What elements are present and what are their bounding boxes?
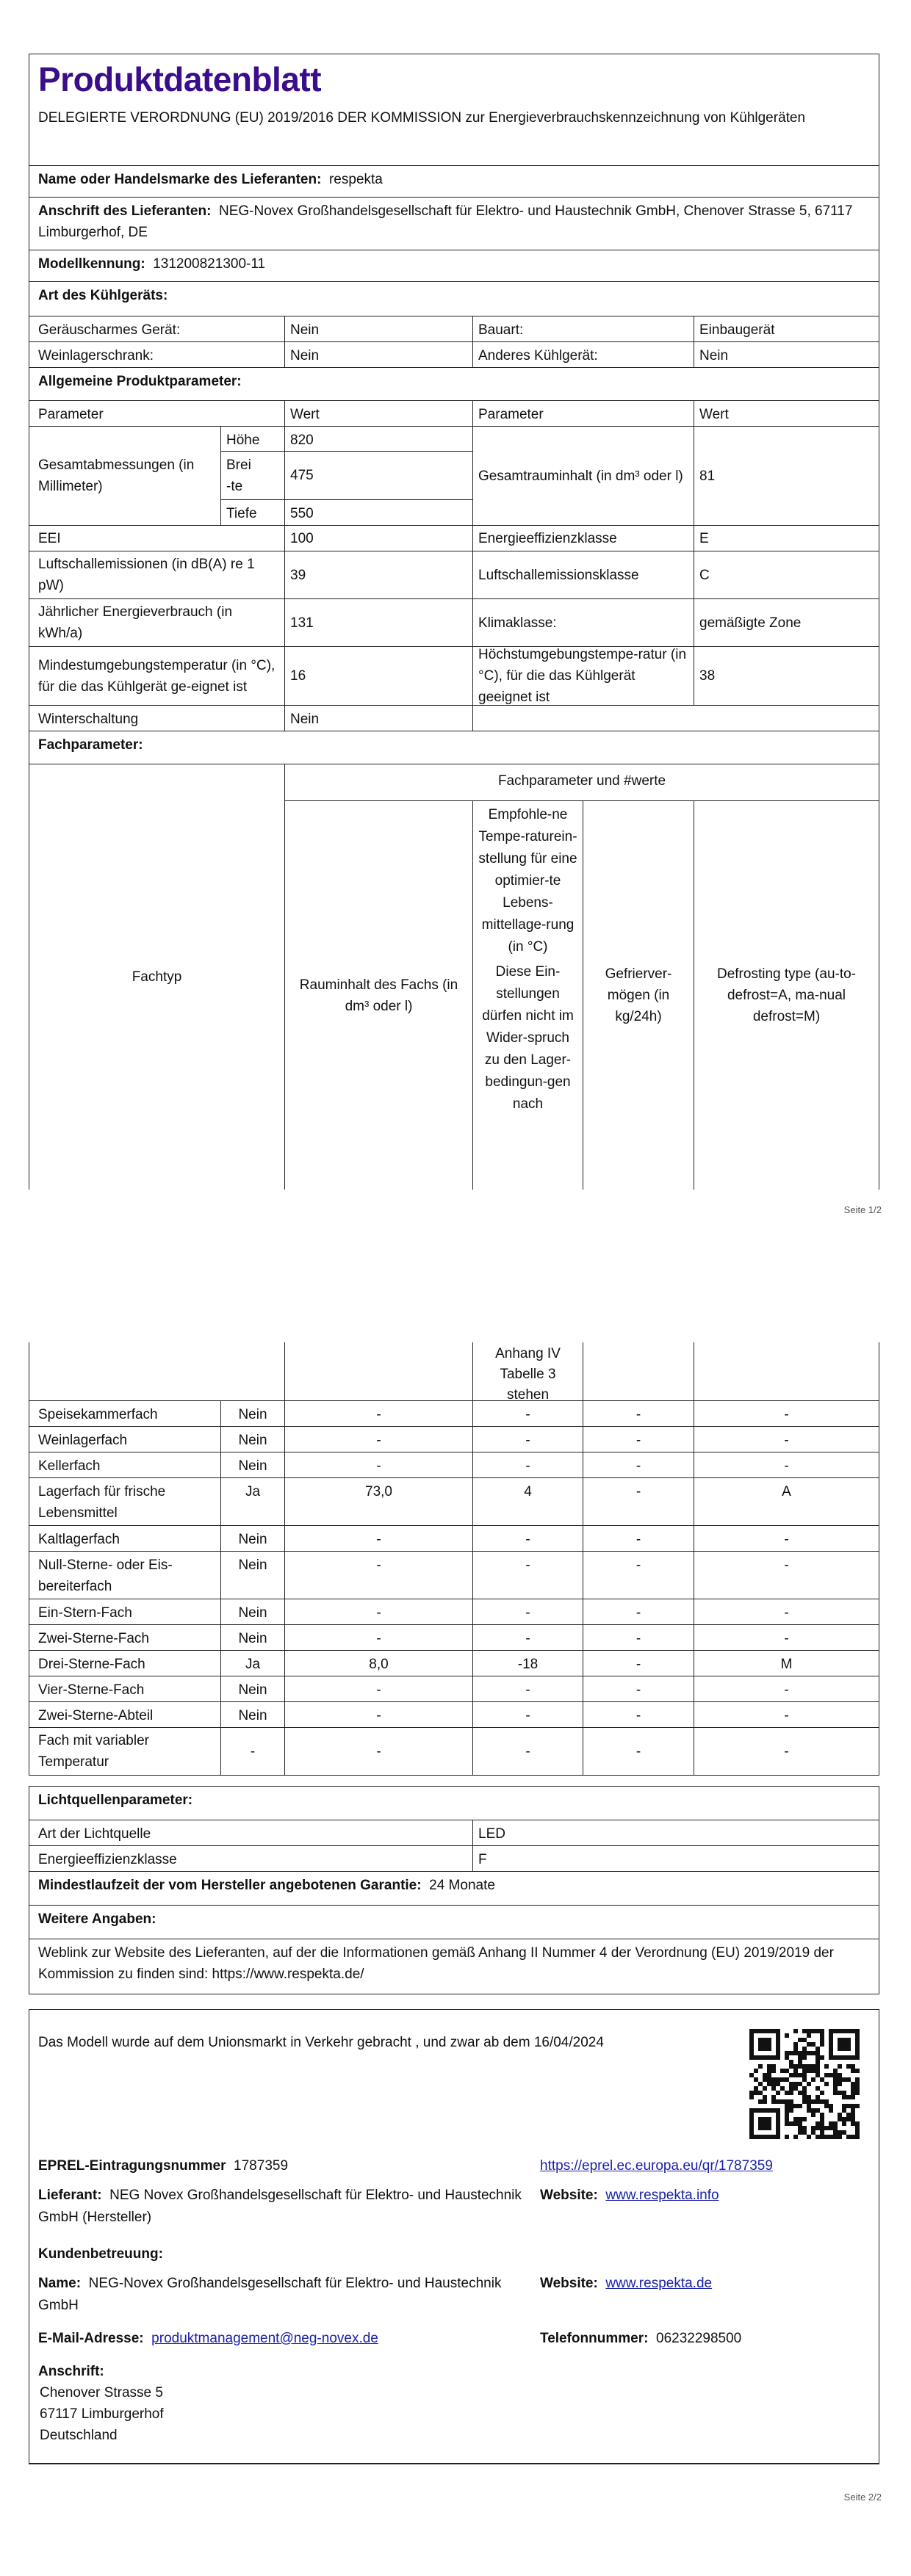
service-address-line-1: Chenover Strasse 5 (40, 2382, 163, 2403)
compartment-freeze: - (583, 1551, 694, 1599)
general-row-label-text: EEI (38, 528, 61, 549)
compartment-volume-text: - (376, 1433, 381, 1448)
model-label: Modellkennung: (38, 256, 145, 272)
compartment-volume: - (284, 1727, 473, 1776)
compartment-col-freeze-text: Gefrierver-mögen (in kg/24h) (588, 963, 688, 1027)
further-info-heading: Weitere Angaben: (29, 1905, 879, 1939)
compartment-temp-text: - (525, 1458, 530, 1474)
general-row-value: 39 (284, 551, 473, 599)
compartment-col-defrost-text: Defrosting type (au-to-defrost=A, ma-nua… (699, 963, 874, 1027)
compartment-present-text: Nein (238, 1532, 267, 1547)
compartment-present-text: Nein (238, 1458, 267, 1474)
compartment-temp-text: - (525, 1407, 530, 1422)
compartment-temp-text: - (525, 1557, 530, 1573)
compartment-defrost-text: - (784, 1458, 788, 1474)
compartment-freeze: - (583, 1676, 694, 1702)
dimension-width-label-text: Brei-te (226, 455, 256, 497)
appliance-design-label: Bauart: (472, 316, 694, 342)
appliance-low-noise-value: Nein (284, 316, 473, 342)
compartment-type: Weinlagerfach (29, 1426, 221, 1452)
compartment-volume-text: 8,0 (369, 1657, 388, 1672)
compartment-freeze-text: - (636, 1605, 641, 1621)
compartment-volume-text: - (376, 1407, 381, 1422)
page-number-2: Seite 2/2 (830, 2492, 882, 2503)
compartment-temp: - (472, 1624, 583, 1651)
compartment-volume: 73,0 (284, 1477, 473, 1526)
compartment-defrost: - (694, 1727, 879, 1776)
compartment-present-text: Ja (245, 1657, 260, 1672)
appliance-low-noise-label: Geräuscharmes Gerät: (29, 316, 285, 342)
compartment-temp: 4 (472, 1477, 583, 1526)
general-row-label-2: Klimaklasse: (472, 598, 694, 647)
compartment-freeze: - (583, 1727, 694, 1776)
warranty-label: Mindestlaufzeit der vom Hersteller angeb… (38, 1878, 422, 1893)
total-volume-label: Gesamtrauminhalt (in dm³ oder l) (472, 426, 694, 526)
compartment-type: Null-Sterne- oder Eis-bereiterfach (29, 1551, 221, 1599)
compartment-present: Nein (220, 1701, 285, 1728)
supplier-name-label: Name oder Handelsmarke des Lieferanten: (38, 172, 321, 187)
eprel-website-2-link[interactable]: www.respekta.de (605, 2276, 712, 2291)
page-title: Produktdatenblatt (38, 57, 870, 101)
eprel-website-1: Website: www.respekta.info (540, 2185, 719, 2207)
eprel-supplier-label: Lieferant: (38, 2188, 102, 2203)
general-params-heading: Allgemeine Produktparameter: (29, 367, 879, 401)
compartment-freeze-text: - (636, 1682, 641, 1698)
service-name: Name: NEG-Novex Großhandelsgesellschaft … (38, 2273, 538, 2317)
compartment-present: Ja (220, 1477, 285, 1526)
compartment-defrost: - (694, 1701, 879, 1728)
further-info-text: Weblink zur Website des Lieferanten, auf… (29, 1939, 879, 1994)
eprel-link[interactable]: https://eprel.ec.europa.eu/qr/1787359 (540, 2155, 773, 2177)
winter-label: Winterschaltung (29, 705, 285, 731)
general-row-value: 131 (284, 598, 473, 647)
general-row-label: Luftschallemissionen (in dB(A) re 1 pW) (29, 551, 285, 599)
compartment-type-text: Zwei-Sterne-Abteil (38, 1708, 153, 1723)
compartment-type: Kellerfach (29, 1452, 221, 1478)
compartment-type: Lagerfach für frische Lebensmittel (29, 1477, 221, 1526)
dimension-depth-value: 550 (284, 499, 473, 526)
compartment-present-text: Nein (238, 1557, 267, 1573)
compartment-volume: - (284, 1400, 473, 1427)
compartment-type-text: Ein-Stern-Fach (38, 1605, 132, 1621)
compartment-freeze: - (583, 1477, 694, 1526)
compartment-volume: 8,0 (284, 1650, 473, 1676)
warranty-row: Mindestlaufzeit der vom Hersteller angeb… (29, 1871, 879, 1906)
compartment-defrost-text: - (784, 1741, 788, 1762)
compartment-temp: - (472, 1701, 583, 1728)
compartment-col-volume-text: Rauminhalt des Fachs (in dm³ oder l) (290, 974, 467, 1017)
compartment-volume: - (284, 1701, 473, 1728)
compartment-type: Ein-Stern-Fach (29, 1599, 221, 1625)
compartment-volume-text: 73,0 (365, 1484, 392, 1499)
compartment-freeze: - (583, 1650, 694, 1676)
compartment-type-text: Speisekammerfach (38, 1407, 158, 1422)
compartment-present: Nein (220, 1525, 285, 1552)
compartment-type-text: Kaltlagerfach (38, 1532, 120, 1547)
eprel-registration: EPREL-Eintragungsnummer 1787359 (38, 2155, 288, 2177)
compartment-present: Nein (220, 1426, 285, 1452)
compartment-volume-text: - (376, 1708, 381, 1723)
compartment-temp-text: 4 (524, 1484, 532, 1499)
compartment-temp: - (472, 1452, 583, 1478)
general-row-value-text: 39 (290, 565, 306, 586)
general-row-value-text: 16 (290, 665, 306, 687)
dimension-depth-label: Tiefe (220, 499, 285, 526)
compartment-defrost: M (694, 1650, 879, 1676)
general-row-value-2-text: C (699, 565, 710, 586)
compartment-volume-text: - (376, 1605, 381, 1621)
winter-empty (472, 705, 879, 731)
dimension-height-value: 820 (284, 426, 473, 452)
compartment-present-text: Nein (238, 1407, 267, 1422)
page-1: Produktdatenblatt DELEGIERTE VERORDNUNG … (0, 0, 911, 1288)
compartment-present: Nein (220, 1624, 285, 1651)
general-col-param-1: Parameter (29, 400, 285, 427)
compartment-type-text: Kellerfach (38, 1458, 101, 1474)
light-class-label: Energieeffizienzklasse (29, 1845, 473, 1872)
compartment-temp: - (472, 1426, 583, 1452)
model-row: Modellkennung: 131200821300-11 (29, 250, 879, 282)
total-volume-value-text: 81 (699, 466, 715, 487)
compartment-volume: - (284, 1551, 473, 1599)
compartment-volume-text: - (376, 1741, 381, 1762)
general-row-value-2-text: 38 (699, 665, 715, 687)
service-email-link[interactable]: produktmanagement@neg-novex.de (151, 2331, 378, 2346)
compartment-temp: - (472, 1727, 583, 1776)
eprel-website-1-label: Website: (540, 2188, 598, 2203)
service-address-heading: Anschrift: (38, 2361, 104, 2383)
compartment-freeze-text: - (636, 1708, 641, 1723)
general-row-value-2: C (694, 551, 879, 599)
model-value: 131200821300-11 (153, 256, 265, 272)
compartment-freeze-text: - (636, 1407, 641, 1422)
compartment-defrost-text: - (784, 1407, 788, 1422)
compartment-defrost: - (694, 1676, 879, 1702)
compartment-freeze-text: - (636, 1433, 641, 1448)
compartment-volume-text: - (376, 1532, 381, 1547)
compartment-freeze-text: - (636, 1458, 641, 1474)
compartment-temp: - (472, 1551, 583, 1599)
compartment-defrost-text: - (784, 1557, 788, 1573)
compartment-type: Zwei-Sterne-Abteil (29, 1701, 221, 1728)
compartment-temp: - (472, 1525, 583, 1552)
compartment-freeze: - (583, 1525, 694, 1552)
compartment-cont-temp: Anhang IV Tabelle 3 stehen (472, 1342, 583, 1401)
supplier-name-row: Name oder Handelsmarke des Lieferanten: … (29, 165, 879, 198)
general-row-label-2: Höchstumgebungstempe-ratur (in °C), für … (472, 646, 694, 706)
light-type-value: LED (472, 1820, 879, 1846)
light-class-value: F (472, 1845, 879, 1872)
service-phone-value: 06232298500 (656, 2331, 741, 2346)
general-col-value-2: Wert (694, 400, 879, 427)
market-date-text: Das Modell wurde auf dem Unionsmarkt in … (38, 2032, 736, 2054)
compartment-freeze: - (583, 1400, 694, 1427)
warranty-value: 24 Monate (429, 1878, 495, 1893)
compartment-defrost: - (694, 1426, 879, 1452)
compartment-freeze-text: - (636, 1631, 641, 1646)
page-number-1: Seite 1/2 (830, 1204, 882, 1215)
compartment-freeze: - (583, 1452, 694, 1478)
light-heading: Lichtquellenparameter: (29, 1786, 879, 1820)
compartment-temp-text: - (525, 1631, 530, 1646)
compartment-col-type: Fachtyp (29, 764, 285, 1190)
compartment-freeze-text: - (636, 1532, 641, 1547)
dimension-width-value-text: 475 (290, 465, 314, 486)
compartment-freeze: - (583, 1426, 694, 1452)
compartment-type: Zwei-Sterne-Fach (29, 1624, 221, 1651)
general-col-value-1: Wert (284, 400, 473, 427)
compartment-present-text: - (251, 1741, 255, 1762)
compartment-type-text: Lagerfach für frische Lebensmittel (38, 1484, 165, 1521)
service-phone: Telefonnummer: 06232298500 (540, 2328, 741, 2350)
compartment-freeze: - (583, 1701, 694, 1728)
compartment-cont-type (29, 1342, 221, 1401)
dimensions-label-text: Gesamtabmessungen (in Millimeter) (38, 455, 215, 497)
compartment-freeze-text: - (636, 1657, 641, 1672)
compartment-defrost: - (694, 1551, 879, 1599)
compartment-defrost-text: - (784, 1433, 788, 1448)
compartment-volume-text: - (376, 1682, 381, 1698)
service-name-label: Name: (38, 2276, 81, 2291)
appliance-wine-label: Weinlagerschrank: (29, 341, 285, 368)
compartment-defrost-text: - (784, 1631, 788, 1646)
compartment-volume: - (284, 1426, 473, 1452)
general-row-value-2: gemäßigte Zone (694, 598, 879, 647)
supplier-address-label: Anschrift des Lieferanten: (38, 203, 211, 219)
general-row-value-text: 131 (290, 612, 314, 634)
supplier-name-value: respekta (329, 172, 383, 187)
general-row-label: EEI (29, 525, 285, 551)
winter-value: Nein (284, 705, 473, 731)
dimensions-label: Gesamtabmessungen (in Millimeter) (29, 426, 221, 526)
compartment-col-volume: Rauminhalt des Fachs (in dm³ oder l) (284, 800, 473, 1190)
compartment-present: Nein (220, 1400, 285, 1427)
eprel-reg-label: EPREL-Eintragungsnummer (38, 2158, 226, 2174)
eprel-website-2: Website: www.respekta.de (540, 2273, 712, 2295)
compartment-present-text: Nein (238, 1708, 267, 1723)
general-row-value: 100 (284, 525, 473, 551)
compartment-params-heading: Fachparameter: (29, 731, 879, 764)
eprel-reg-value: 1787359 (234, 2158, 288, 2174)
compartment-col-defrost: Defrosting type (au-to-defrost=A, ma-nua… (694, 800, 879, 1190)
compartment-defrost: - (694, 1525, 879, 1552)
compartment-defrost: - (694, 1400, 879, 1427)
total-volume-value: 81 (694, 426, 879, 526)
compartment-freeze-text: - (636, 1741, 641, 1762)
general-row-value-2-text: gemäßigte Zone (699, 612, 801, 634)
compartment-present-text: Nein (238, 1631, 267, 1646)
compartment-temp-text: - (525, 1682, 530, 1698)
compartment-defrost-text: M (781, 1657, 793, 1672)
total-volume-label-text: Gesamtrauminhalt (in dm³ oder l) (478, 466, 683, 487)
compartment-type: Fach mit variabler Temperatur (29, 1727, 221, 1776)
eprel-website-1-link[interactable]: www.respekta.info (605, 2188, 719, 2203)
general-col-param-2: Parameter (472, 400, 694, 427)
compartment-present-text: Ja (245, 1484, 260, 1499)
compartment-present: Nein (220, 1599, 285, 1625)
compartment-cont-freeze (583, 1342, 694, 1401)
compartment-group-header: Fachparameter und #werte (284, 764, 879, 801)
compartment-type-text: Fach mit variabler Temperatur (38, 1730, 215, 1773)
compartment-defrost: - (694, 1599, 879, 1625)
general-row-label-2: Luftschallemissionsklasse (472, 551, 694, 599)
general-row-label-text: Jährlicher Energieverbrauch (in kWh/a) (38, 601, 279, 644)
compartment-freeze: - (583, 1624, 694, 1651)
compartment-volume: - (284, 1624, 473, 1651)
compartment-defrost: - (694, 1452, 879, 1478)
compartment-volume-text: - (376, 1557, 381, 1573)
compartment-type-text: Null-Sterne- oder Eis-bereiterfach (38, 1557, 173, 1594)
customer-service-heading: Kundenbetreuung: (38, 2243, 163, 2265)
compartment-type: Drei-Sterne-Fach (29, 1650, 221, 1676)
compartment-present: Nein (220, 1452, 285, 1478)
compartment-volume: - (284, 1676, 473, 1702)
compartment-defrost: A (694, 1477, 879, 1526)
appliance-wine-value: Nein (284, 341, 473, 368)
compartment-type-text: Weinlagerfach (38, 1433, 127, 1448)
dimension-width-value: 475 (284, 451, 473, 500)
compartment-cont-defrost (694, 1342, 879, 1401)
general-row-label-2-text: Höchstumgebungstempe-ratur (in °C), für … (478, 646, 688, 706)
compartment-temp: -18 (472, 1650, 583, 1676)
dimension-width-label: Brei-te (220, 451, 285, 500)
compartment-volume-text: - (376, 1458, 381, 1474)
compartment-temp-text: - (525, 1741, 530, 1762)
compartment-type: Speisekammerfach (29, 1400, 221, 1427)
compartment-col-temp-part2: Diese Ein-stellungen dürfen nicht im Wid… (478, 961, 578, 1115)
service-address-line-2: 67117 Limburgerhof (40, 2403, 164, 2425)
general-row-label: Jährlicher Energieverbrauch (in kWh/a) (29, 598, 285, 647)
service-phone-label: Telefonnummer: (540, 2331, 648, 2346)
compartment-col-temp-part1: Empfohle-ne Tempe-raturein-stellung für … (478, 804, 578, 958)
compartment-present-text: Nein (238, 1682, 267, 1698)
compartment-defrost: - (694, 1624, 879, 1651)
dimension-height-label: Höhe (220, 426, 285, 452)
compartment-present: Nein (220, 1676, 285, 1702)
compartment-type-text: Drei-Sterne-Fach (38, 1657, 145, 1672)
compartment-freeze-text: - (636, 1484, 641, 1499)
compartment-col-temp: Empfohle-ne Tempe-raturein-stellung für … (472, 800, 583, 1190)
general-row-label-text: Luftschallemissionen (in dB(A) re 1 pW) (38, 554, 279, 596)
general-row-label: Mindestumgebungstemperatur (in °C), für … (29, 646, 285, 706)
compartment-type-text: Zwei-Sterne-Fach (38, 1631, 149, 1646)
compartment-temp: - (472, 1400, 583, 1427)
compartment-type-text: Vier-Sterne-Fach (38, 1682, 144, 1698)
compartment-present: - (220, 1727, 285, 1776)
compartment-type: Vier-Sterne-Fach (29, 1676, 221, 1702)
general-row-label-text: Mindestumgebungstemperatur (in °C), für … (38, 655, 279, 698)
service-email-label: E-Mail-Adresse: (38, 2331, 144, 2346)
general-row-label-2-text: Energieeffizienzklasse (478, 528, 617, 549)
general-row-value: 16 (284, 646, 473, 706)
compartment-cont-present (220, 1342, 285, 1401)
general-row-value-2: E (694, 525, 879, 551)
compartment-col-freeze: Gefrierver-mögen (in kg/24h) (583, 800, 694, 1190)
service-address-line-3: Deutschland (40, 2425, 118, 2446)
eprel-supplier: Lieferant: NEG Novex Großhandelsgesellsc… (38, 2185, 538, 2229)
general-row-label-2-text: Klimaklasse: (478, 612, 557, 634)
appliance-design-value: Einbaugerät (694, 316, 879, 342)
qr-code-icon (749, 2029, 860, 2139)
supplier-address-row: Anschrift des Lieferanten: NEG-Novex Gro… (29, 197, 879, 250)
general-row-value-2: 38 (694, 646, 879, 706)
title-block: Produktdatenblatt DELEGIERTE VERORDNUNG … (29, 54, 879, 166)
compartment-type: Kaltlagerfach (29, 1525, 221, 1552)
compartment-present: Nein (220, 1551, 285, 1599)
compartment-freeze: - (583, 1599, 694, 1625)
compartment-temp: - (472, 1599, 583, 1625)
service-email: E-Mail-Adresse: produktmanagement@neg-no… (38, 2328, 378, 2350)
service-name-value: NEG-Novex Großhandelsgesellschaft für El… (38, 2276, 501, 2313)
compartment-volume: - (284, 1599, 473, 1625)
compartment-temp-text: -18 (518, 1657, 538, 1672)
eprel-supplier-value: NEG Novex Großhandelsgesellschaft für El… (38, 2188, 522, 2225)
compartment-defrost-text: - (784, 1682, 788, 1698)
compartment-defrost-text: - (784, 1708, 788, 1723)
eprel-box: Das Modell wurde auf dem Unionsmarkt in … (29, 2009, 879, 2464)
compartment-present: Ja (220, 1650, 285, 1676)
compartment-defrost-text: A (782, 1484, 791, 1499)
eprel-website-2-label: Website: (540, 2276, 598, 2291)
appliance-type-heading: Art des Kühlgeräts: (29, 281, 879, 316)
compartment-cont-volume (284, 1342, 473, 1401)
compartment-defrost-text: - (784, 1532, 788, 1547)
compartment-volume: - (284, 1525, 473, 1552)
regulation-text: DELEGIERTE VERORDNUNG (EU) 2019/2016 DER… (38, 107, 870, 129)
general-row-value-text: 100 (290, 528, 314, 549)
compartment-defrost-text: - (784, 1605, 788, 1621)
general-row-label-2: Energieeffizienzklasse (472, 525, 694, 551)
compartment-volume-text: - (376, 1631, 381, 1646)
compartment-temp-text: - (525, 1433, 530, 1448)
compartment-temp-text: - (525, 1532, 530, 1547)
general-row-value-2-text: E (699, 528, 709, 549)
compartment-col-type-text: Fachtyp (132, 966, 182, 988)
compartment-temp-text: - (525, 1708, 530, 1723)
compartment-freeze-text: - (636, 1557, 641, 1573)
compartment-temp-text: - (525, 1605, 530, 1621)
compartment-temp: - (472, 1676, 583, 1702)
compartment-present-text: Nein (238, 1605, 267, 1621)
appliance-other-value: Nein (694, 341, 879, 368)
compartment-volume: - (284, 1452, 473, 1478)
compartment-present-text: Nein (238, 1433, 267, 1448)
general-row-label-2-text: Luftschallemissionsklasse (478, 565, 639, 586)
appliance-other-label: Anderes Kühlgerät: (472, 341, 694, 368)
light-type-label: Art der Lichtquelle (29, 1820, 473, 1846)
